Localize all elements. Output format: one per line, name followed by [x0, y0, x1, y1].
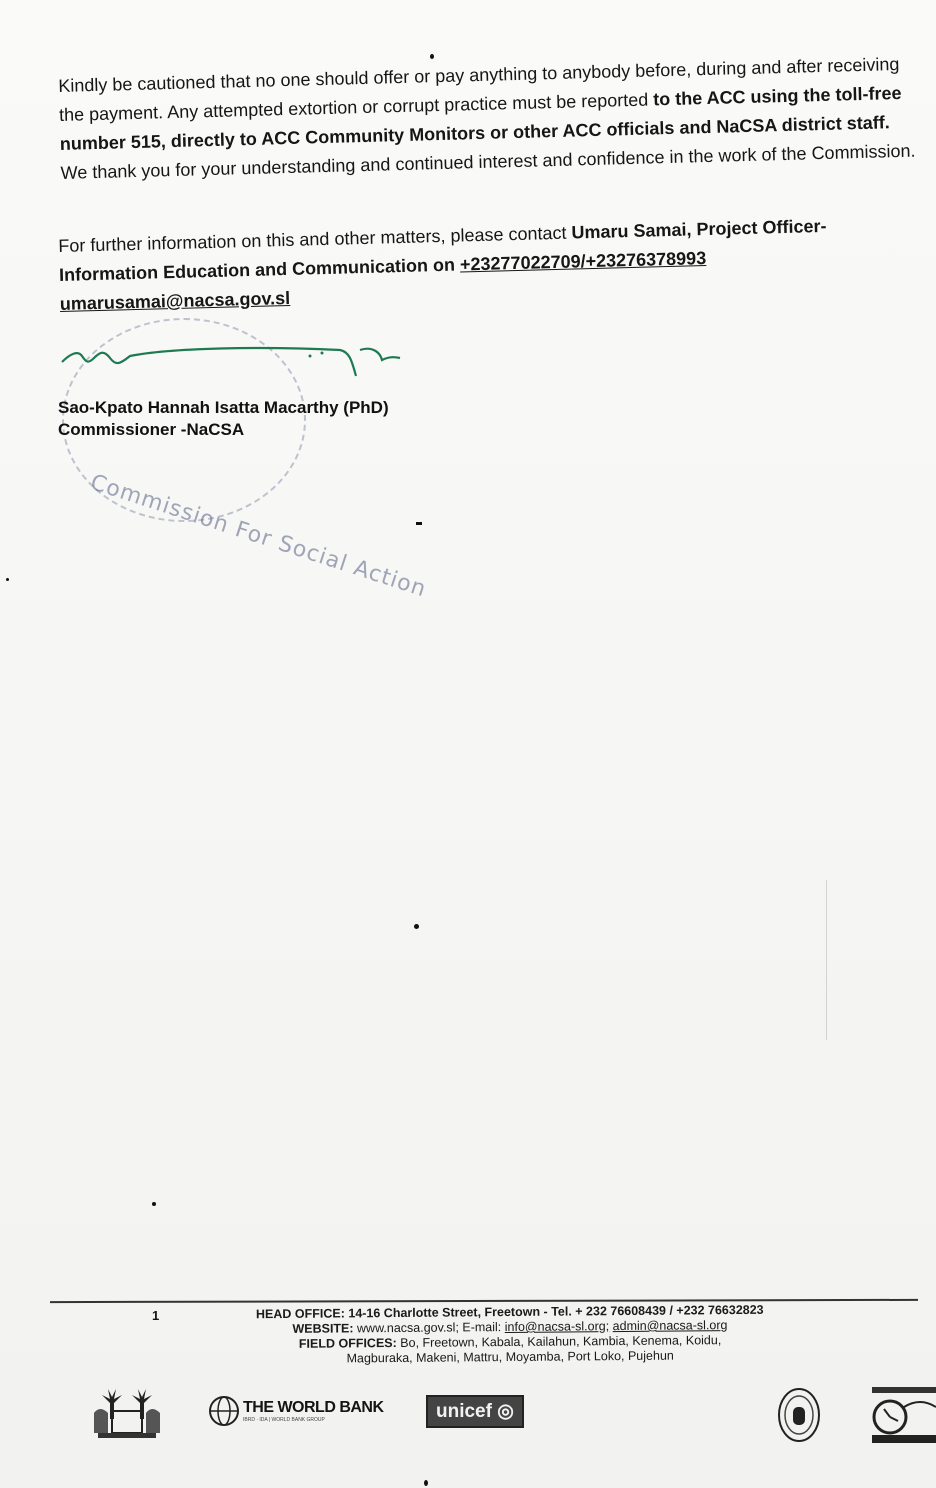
footer-field-offices-label: FIELD OFFICES:	[299, 1336, 397, 1351]
caution-paragraph: Kindly be cautioned that no one should o…	[58, 49, 921, 187]
scan-speck	[6, 578, 9, 581]
scan-speck	[416, 522, 422, 525]
footer-field-offices-1: Bo, Freetown, Kabala, Kailahun, Kambia, …	[400, 1333, 721, 1350]
contact-paragraph: For further information on this and othe…	[58, 209, 920, 318]
statistics-sierra-leone-logo-icon	[868, 1387, 936, 1445]
unicef-name: unicef	[436, 1401, 492, 1422]
globe-icon	[208, 1393, 240, 1429]
unicef-emblem-icon: ◎	[492, 1401, 514, 1422]
document-page: Kindly be cautioned that no one should o…	[0, 0, 936, 1488]
footer-email-info[interactable]: info@nacsa-sl.org;	[505, 1319, 610, 1334]
signatory-title: Commissioner -NaCSA	[58, 420, 244, 440]
footer-website[interactable]: www.nacsa.gov.sl; E-mail:	[357, 1320, 501, 1335]
contact-intro-text: For further information on this and othe…	[58, 223, 572, 256]
scan-speck	[414, 924, 419, 929]
scan-speck	[430, 54, 434, 59]
scan-line	[826, 880, 827, 1040]
page-number: 1	[152, 1308, 159, 1323]
scan-speck	[152, 1202, 156, 1206]
world-bank-subtitle: IBRD · IDA | WORLD BANK GROUP	[243, 1417, 384, 1423]
signatory-name: Sao-Kpato Hannah Isatta Macarthy (PhD)	[58, 398, 389, 418]
footer-address: HEAD OFFICE: 14-16 Charlotte Street, Fre…	[180, 1302, 840, 1368]
footer-website-label: WEBSITE:	[292, 1321, 353, 1336]
world-bank-logo: THE WORLD BANK IBRD · IDA | WORLD BANK G…	[208, 1393, 384, 1429]
sierra-leone-coat-of-arms-icon	[86, 1385, 166, 1443]
contact-email-link[interactable]: umarusamai@nacsa.gov.sl	[60, 288, 291, 314]
contact-phones[interactable]: +23277022709/+23276378993	[460, 248, 707, 274]
footer-email-admin[interactable]: admin@nacsa-sl.org	[613, 1318, 728, 1333]
nacsa-emblem-icon	[776, 1385, 822, 1445]
unicef-logo: unicef ◎	[426, 1395, 524, 1428]
scan-speck	[424, 1480, 428, 1486]
signature-icon	[60, 340, 420, 390]
world-bank-name: THE WORLD BANK	[243, 1399, 384, 1417]
partner-logos: THE WORLD BANK IBRD · IDA | WORLD BANK G…	[0, 1385, 936, 1455]
contact-on-text: on	[428, 254, 461, 275]
